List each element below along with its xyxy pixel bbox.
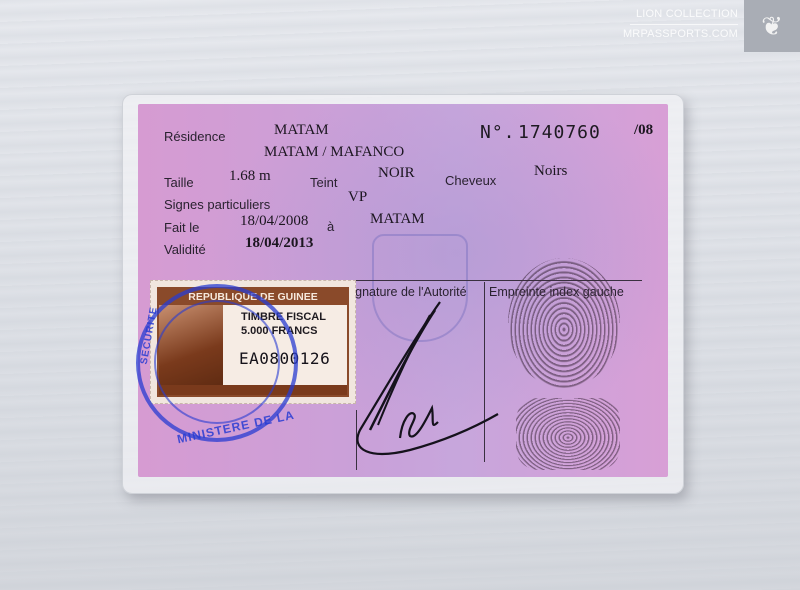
watermark-line2: MRPASSPORTS.COM: [622, 26, 738, 43]
marks-value: VP: [348, 189, 367, 206]
issued-place: MATAM: [370, 211, 425, 228]
watermark-divider: [630, 24, 738, 25]
document-number: 1740760: [518, 122, 601, 143]
hair-value: Noirs: [534, 163, 567, 180]
validity-label: Validité: [164, 242, 206, 257]
complexion-label: Teint: [310, 175, 337, 190]
height-value: 1.68 m: [229, 168, 271, 185]
document-number-suffix: /08: [634, 122, 653, 139]
ink-stamp-inner-ring: [154, 300, 280, 424]
watermark: LION COLLECTION MRPASSPORTS.COM: [622, 6, 738, 43]
residence-line2: MATAM / MAFANCO: [264, 144, 404, 161]
issued-date: 18/04/2008: [240, 213, 308, 230]
height-label: Taille: [164, 175, 194, 190]
document-number-label: N°.: [480, 122, 516, 143]
issued-at-label: à: [327, 219, 334, 234]
watermark-line1: LION COLLECTION: [622, 6, 738, 23]
issued-label: Fait le: [164, 220, 199, 235]
complexion-value: NOIR: [378, 165, 415, 182]
hair-label: Cheveux: [445, 173, 496, 188]
fingerprint-lower: [516, 398, 620, 470]
validity-date: 18/04/2013: [245, 235, 313, 252]
lion-crest-laurel-icon: ❦: [744, 0, 800, 52]
marks-label: Signes particuliers: [164, 197, 270, 212]
signature-scribble: [330, 290, 510, 470]
residence-line1: MATAM: [274, 122, 329, 139]
fingerprint-upper: [508, 258, 620, 388]
residence-label: Résidence: [164, 129, 225, 144]
